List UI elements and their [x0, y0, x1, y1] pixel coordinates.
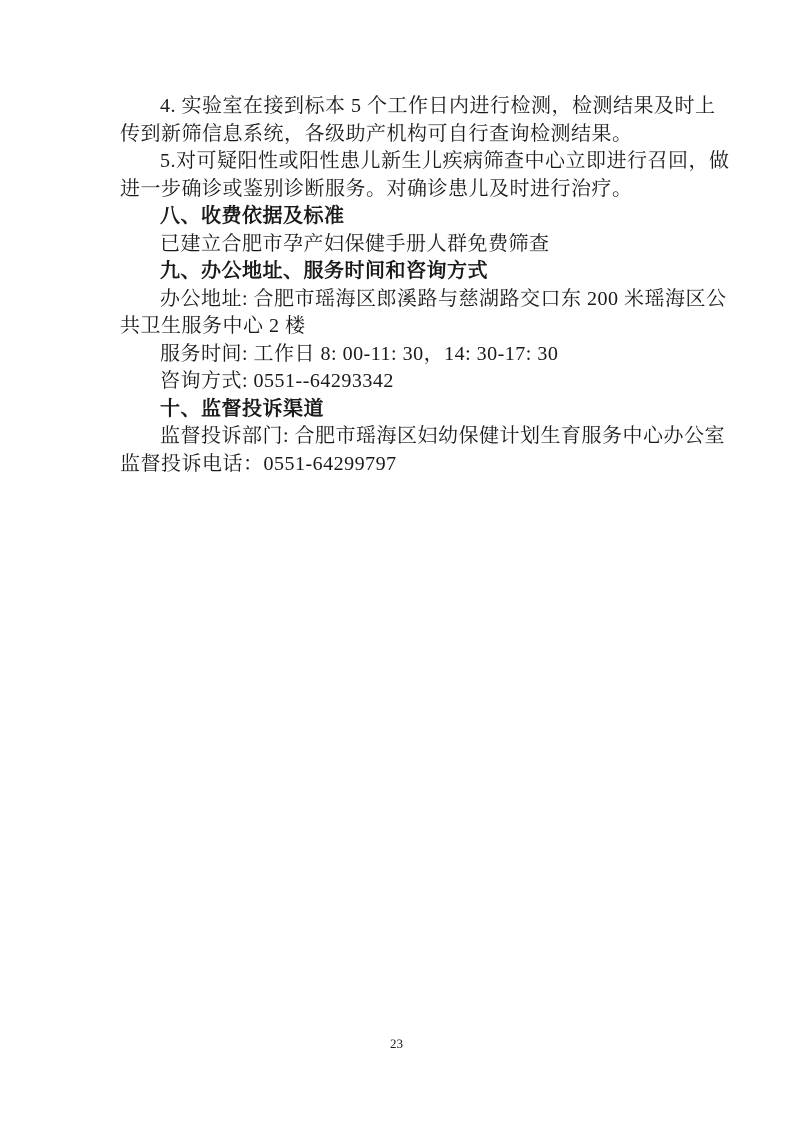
- paragraph-line-office-address-start: 办公地址: 合肥市瑶海区郎溪路与慈湖路交口东 200 米瑶海区公: [120, 286, 682, 314]
- paragraph-line-item5-continuation: 进一步确诊或鉴别诊断服务。对确诊患儿及时进行治疗。: [120, 176, 682, 204]
- paragraph-line-item5-start: 5.对可疑阳性或阳性患儿新生儿疾病筛查中心立即进行召回，做: [120, 148, 682, 176]
- document-page: 4. 实验室在接到标本 5 个工作日内进行检测，检测结果及时上 传到新筛信息系统…: [0, 0, 793, 1122]
- paragraph-line-item4-continuation: 传到新筛信息系统，各级助产机构可自行查询检测结果。: [120, 121, 682, 149]
- section-heading-9-office-info: 九、办公地址、服务时间和咨询方式: [120, 258, 682, 286]
- paragraph-line-office-address-continuation: 共卫生服务中心 2 楼: [120, 313, 682, 341]
- paragraph-line-complaint-phone: 监督投诉电话：0551-64299797: [120, 451, 682, 479]
- paragraph-line-free-screening: 已建立合肥市孕产妇保健手册人群免费筛查: [120, 231, 682, 259]
- section-heading-10-complaints: 十、监督投诉渠道: [120, 396, 682, 424]
- paragraph-line-complaint-department: 监督投诉部门: 合肥市瑶海区妇幼保健计划生育服务中心办公室: [120, 423, 682, 451]
- paragraph-line-inquiry-phone: 咨询方式: 0551--64293342: [120, 368, 682, 396]
- paragraph-line-item4-start: 4. 实验室在接到标本 5 个工作日内进行检测，检测结果及时上: [120, 93, 682, 121]
- document-body: 4. 实验室在接到标本 5 个工作日内进行检测，检测结果及时上 传到新筛信息系统…: [120, 93, 682, 478]
- page-number: 23: [0, 1036, 793, 1052]
- section-heading-8-fees: 八、收费依据及标准: [120, 203, 682, 231]
- paragraph-line-service-hours: 服务时间: 工作日 8: 00-11: 30，14: 30-17: 30: [120, 341, 682, 369]
